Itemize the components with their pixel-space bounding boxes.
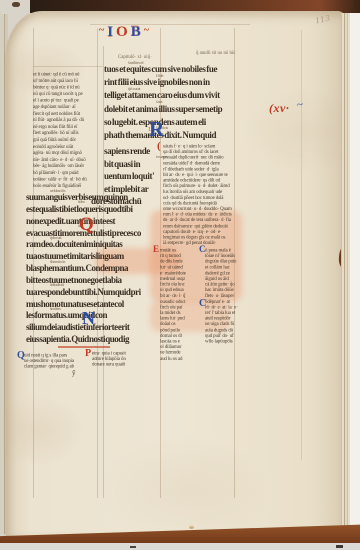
top-left-speck [12,2,20,7]
header-gloss-left: Capitulō· xl· uiij· [118,54,152,59]
title-flourish: ~ [99,25,107,36]
interlinear-gloss: ād iudiciū [50,282,64,287]
gloss-opening-initial: ( [157,141,161,152]
header-gloss-right: q̄ anulli sīt uo nō hīc [196,50,235,55]
text-line: s̄ hereticōzblasphemantium. Condempna [26,263,166,275]
fore-edge-lines [341,13,350,540]
text-line: bit te os tuum et non ego et labia [26,275,166,287]
ruling-line [301,30,302,460]
text-line: mus homo tu natus es et ante col [26,299,166,311]
table-surface [0,543,360,550]
right-gloss-column-2: ū pena mala ētōiae nl' ūuoeālsdnguu… [205,247,275,403]
gloss-line: clam gentar· qienquid g ab [24,363,86,369]
chapter-marker-xv: (xv· [269,101,289,116]
text-line: silium dei audisti et inferior te erit [26,322,166,334]
gloss-initial-blue: C [199,245,206,254]
bottom-gloss-initial-blue: Q [17,351,25,361]
gloss-line: wllo lapūupōīs [205,338,248,344]
gloss-initial-red: E [153,245,159,254]
bottom-gloss-initial-red: P [85,349,91,359]
small-stain [189,526,194,529]
gloss-line: hoīo enar̄eūr īn figuādīoēī [33,183,104,190]
main-text-line: eius sapientia. Quid nosti quod ig [26,334,129,344]
interlinear-gloss: ī fide [156,73,163,78]
title-letter-b: B [131,24,144,41]
drop-cap-quantum: Q [79,215,94,234]
fore-edge-pages [341,13,360,540]
text-line: eius sapientia. Quid nosti quod ig [26,334,166,346]
running-title-iob: ~IOB~ [99,24,152,41]
text-line: s̄ mōtesles formatus. umquid con [26,310,166,322]
bottom-gloss-right: etra· quia i capssitadmre hilapōia ōnd… [92,350,192,378]
interlinear-gloss: s̄ aīa [156,99,162,104]
gloss-initial-blue-2: C [199,299,206,309]
title-flourish: ~ [144,25,152,36]
table-speck [130,546,136,548]
manuscript-photo: ~IOB~ 113 (xv· ~ Capitulō· xl· uiij· q̄ … [0,0,360,550]
title-letter-o: O [116,24,131,41]
drop-cap-numquid: N [82,309,95,327]
signature-mark: ỹ [72,369,76,377]
rubric-underline [58,346,110,348]
text-line: ād iudiciūtua respondebunt tibi. Numqui… [26,287,166,299]
gloss-line: donare uera quaōi [92,361,154,367]
main-text-line: mus homo tu natus es et ante col [26,299,124,309]
title-letter-i: I [107,24,116,41]
ruling-line-horizontal [33,66,103,67]
table-speck [336,545,343,548]
main-text-line: blasphemantium. Condempna [26,263,128,273]
main-text-line: tua respondebunt tibi. Numquid pri [26,287,141,297]
interlinear-gloss: s̄ mōtes [50,306,61,311]
main-text-line: bit te os tuum et non ego et labia [26,275,122,285]
gloss-line: nīe· āml cāro· e· d· uī· dōuō [33,156,104,163]
main-text-line: silium dei audisti et inferior te erit [26,322,129,332]
interlinear-gloss: s̄ milites eī [128,60,143,65]
